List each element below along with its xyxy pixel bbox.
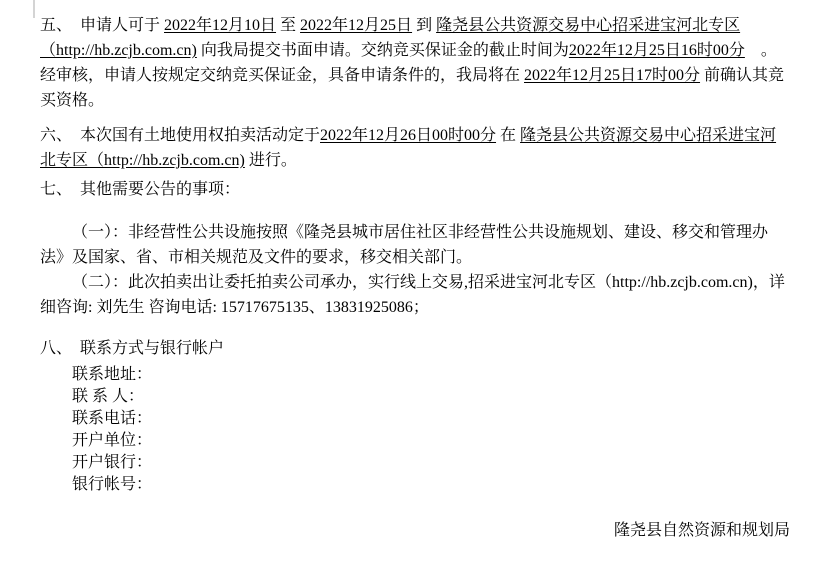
text-run: 向我局提交书面申请。交纳竞买保证金的截止时间为 <box>197 42 569 59</box>
text-run: 到 <box>412 17 436 34</box>
clause-7-item-2: （二）：此次拍卖出让委托拍卖公司承办，实行线上交易,招采进宝河北专区（http:… <box>40 270 790 320</box>
table-border-remnant-line <box>33 0 35 18</box>
contact-person-label: 联 系 人： <box>72 386 790 408</box>
contact-phone-label: 联系电话： <box>72 408 790 430</box>
bank-account-label: 银行帐号： <box>72 474 790 496</box>
underlined-text-run: 2022年12月25日17时00分 <box>524 67 700 84</box>
clause-5-paragraph: 五、 申请人可于 2022年12月10日 至 2022年12月25日 到 隆尧县… <box>40 13 790 113</box>
clause-8-contact-section: 八、 联系方式与银行帐户 联系地址： 联 系 人： 联系电话： 开户单位： 开户… <box>40 336 790 496</box>
clause-8-heading: 八、 联系方式与银行帐户 <box>40 336 790 361</box>
clause-7-item-1: （一）：非经营性公共设施按照《隆尧县城市居住社区非经营性公共设施规划、建设、移交… <box>40 220 790 270</box>
underlined-text-run: 2022年12月25日16时00分 <box>569 42 745 59</box>
clause-7-heading: 七、 其他需要公告的事项： <box>40 177 790 202</box>
underlined-text-run: 2022年12月10日 <box>164 17 276 34</box>
underlined-text-run: 2022年12月26日00时00分 <box>320 127 496 144</box>
text-run: 在 <box>496 127 520 144</box>
text-run: 至 <box>276 17 300 34</box>
contact-address-label: 联系地址： <box>72 364 790 386</box>
account-holder-label: 开户单位： <box>72 430 790 452</box>
text-run: 进行。 <box>245 152 297 169</box>
text-run: 五、 申请人可于 <box>40 17 164 34</box>
text-run: 六、 本次国有土地使用权拍卖活动定于 <box>40 127 320 144</box>
issuing-authority-signature: 隆尧县自然资源和规划局 <box>40 518 790 543</box>
clause-6-paragraph: 六、 本次国有土地使用权拍卖活动定于2022年12月26日00时00分 在 隆尧… <box>40 123 790 173</box>
announcement-document: 五、 申请人可于 2022年12月10日 至 2022年12月25日 到 隆尧县… <box>0 0 818 575</box>
underlined-text-run: 2022年12月25日 <box>300 17 412 34</box>
bank-name-label: 开户银行： <box>72 452 790 474</box>
